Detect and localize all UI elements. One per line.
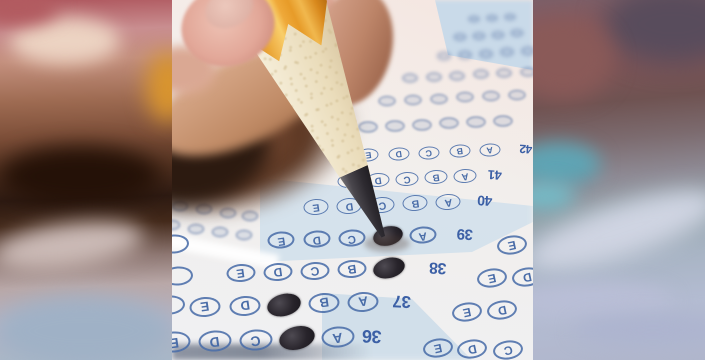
answer-bubble: A [321, 325, 355, 348]
answer-bubble: C [239, 328, 273, 351]
distant-bubble [480, 50, 493, 58]
blur-blob-bluegray [0, 296, 172, 360]
bubble-letter: D [239, 299, 250, 313]
answer-bubble: B [307, 292, 339, 314]
bubble-letter: C [503, 343, 514, 357]
distant-bubble [501, 48, 514, 56]
bubble-letter: B [456, 146, 464, 156]
bubble-letter: D [497, 303, 508, 317]
bubble-letter: E [172, 335, 180, 350]
distant-bubble [467, 117, 486, 128]
answer-bubble: A [453, 168, 477, 184]
distant-bubble [440, 118, 459, 129]
bubble-letter: D [209, 333, 221, 348]
bubble-letter: E [276, 234, 285, 246]
bubble-letter: E [200, 300, 210, 314]
question-number: 40 [477, 192, 492, 209]
distant-bubble [469, 16, 480, 22]
distant-bubble [379, 96, 396, 106]
distant-bubble [438, 52, 451, 60]
side-column-bubble: E [496, 234, 528, 257]
blur-blob-mauve [533, 20, 613, 100]
blur-blob-teal1 [533, 142, 601, 186]
answer-bubble: B [449, 144, 471, 158]
bubble-letter: D [273, 265, 283, 278]
side-column-bubble: E [476, 267, 508, 290]
blur-blob-teal2 [533, 182, 575, 210]
answer-sheet-photo: 42ABCDE41ABCDE40ABCDE39ACDE38BCDE37ABDE3… [172, 0, 533, 360]
blurred-right-edge [533, 0, 705, 360]
distant-bubble [172, 220, 180, 230]
side-column-bubble: D [486, 299, 518, 322]
bubble-letter: A [461, 171, 469, 182]
distant-bubble [212, 227, 228, 237]
answer-bubble: B [337, 259, 367, 279]
answer-bubble: A [409, 226, 437, 245]
question-number: 39 [457, 225, 474, 243]
bubble-letter: C [250, 332, 262, 347]
distant-bubble [413, 119, 432, 130]
answer-bubble: D [198, 329, 232, 352]
distant-bubble [450, 71, 465, 80]
bubble-letter: E [236, 267, 246, 280]
distant-bubble [483, 91, 500, 101]
answer-bubble: E [189, 296, 221, 318]
side-column-bubble: D [456, 338, 488, 360]
answer-bubble: D [228, 295, 260, 317]
bubble-letter: A [332, 329, 344, 344]
blur-blob-light [0, 214, 146, 278]
distant-bubble [492, 31, 504, 38]
distant-bubble [511, 30, 523, 37]
filled-answer-bubble [265, 290, 303, 320]
distant-bubble [473, 70, 488, 79]
side-column-bubble: E [422, 337, 454, 360]
bubble-letter: B [432, 172, 440, 183]
blur-blob-lavender2 [573, 314, 705, 346]
answer-bubble: D [302, 229, 330, 248]
answer-bubble: C [300, 261, 330, 281]
bubble-letter: A [357, 295, 368, 309]
distant-bubble [459, 51, 472, 59]
fingernail [198, 0, 260, 36]
distant-bubble [473, 32, 485, 39]
bubble-letter: E [433, 341, 443, 354]
answer-bubble: C [418, 145, 440, 159]
bubble-letter: E [487, 271, 497, 284]
partial-edge-bubble [172, 233, 190, 254]
blur-blob-lavender1 [533, 282, 673, 318]
distant-bubble [487, 15, 498, 21]
filled-answer-bubble [277, 323, 317, 354]
question-number: 41 [488, 167, 502, 183]
distant-bubble [426, 72, 441, 81]
distant-bubble [497, 69, 512, 78]
distant-bubble [188, 224, 204, 234]
distant-bubble [520, 68, 533, 77]
partial-edge-bubble [172, 294, 186, 315]
blurred-left-edge [0, 0, 172, 360]
photo-stage: 42ABCDE41ABCDE40ABCDE39ACDE38BCDE37ABDE3… [0, 0, 705, 360]
question-number: 38 [429, 257, 447, 276]
distant-bubble [505, 14, 516, 20]
bubble-letter: B [347, 263, 357, 276]
bubble-letter: D [522, 270, 533, 284]
blur-blob-dark [0, 146, 160, 206]
answer-bubble: B [424, 170, 448, 186]
blur-blob-purple [603, 0, 705, 64]
question-number: 37 [393, 290, 412, 311]
answer-bubble: D [263, 262, 293, 282]
distant-bubble [454, 34, 466, 41]
answer-bubble: A [347, 291, 379, 313]
distant-bubble [236, 230, 252, 240]
blur-blob-pencil [146, 52, 172, 122]
distant-bubble [509, 90, 526, 100]
question-number: 42 [519, 141, 532, 156]
bubble-letter: C [310, 264, 320, 277]
bubble-letter: A [486, 145, 494, 155]
distant-bubble [522, 47, 534, 55]
partial-edge-bubble [172, 265, 194, 286]
side-column-bubble: D [511, 266, 533, 289]
side-column-bubble: E [451, 301, 483, 324]
distant-bubble [405, 95, 422, 105]
distant-bubble [431, 94, 448, 104]
side-column-bubble: C [492, 339, 524, 360]
question-number: 36 [362, 325, 382, 347]
answer-bubble: A [435, 193, 461, 211]
distant-bubble [403, 74, 418, 83]
pencil-graphite-tip [336, 163, 400, 244]
bubble-letter: C [425, 148, 433, 158]
distant-bubble [494, 116, 513, 127]
answer-bubble: E [172, 331, 191, 354]
answer-bubble: E [267, 231, 295, 250]
distant-bubble [386, 120, 405, 131]
bubble-letter: A [444, 196, 453, 207]
bubble-letter: E [507, 238, 517, 251]
bubble-letter: A [418, 229, 428, 241]
answer-bubble: A [479, 143, 501, 157]
distant-bubble [457, 92, 474, 102]
bubble-letter: D [312, 233, 322, 245]
bubble-letter: B [318, 296, 329, 310]
filled-answer-bubble [371, 254, 407, 281]
bubble-letter: E [462, 305, 472, 318]
answer-bubble: E [226, 263, 256, 283]
bubble-letter: D [467, 342, 478, 356]
